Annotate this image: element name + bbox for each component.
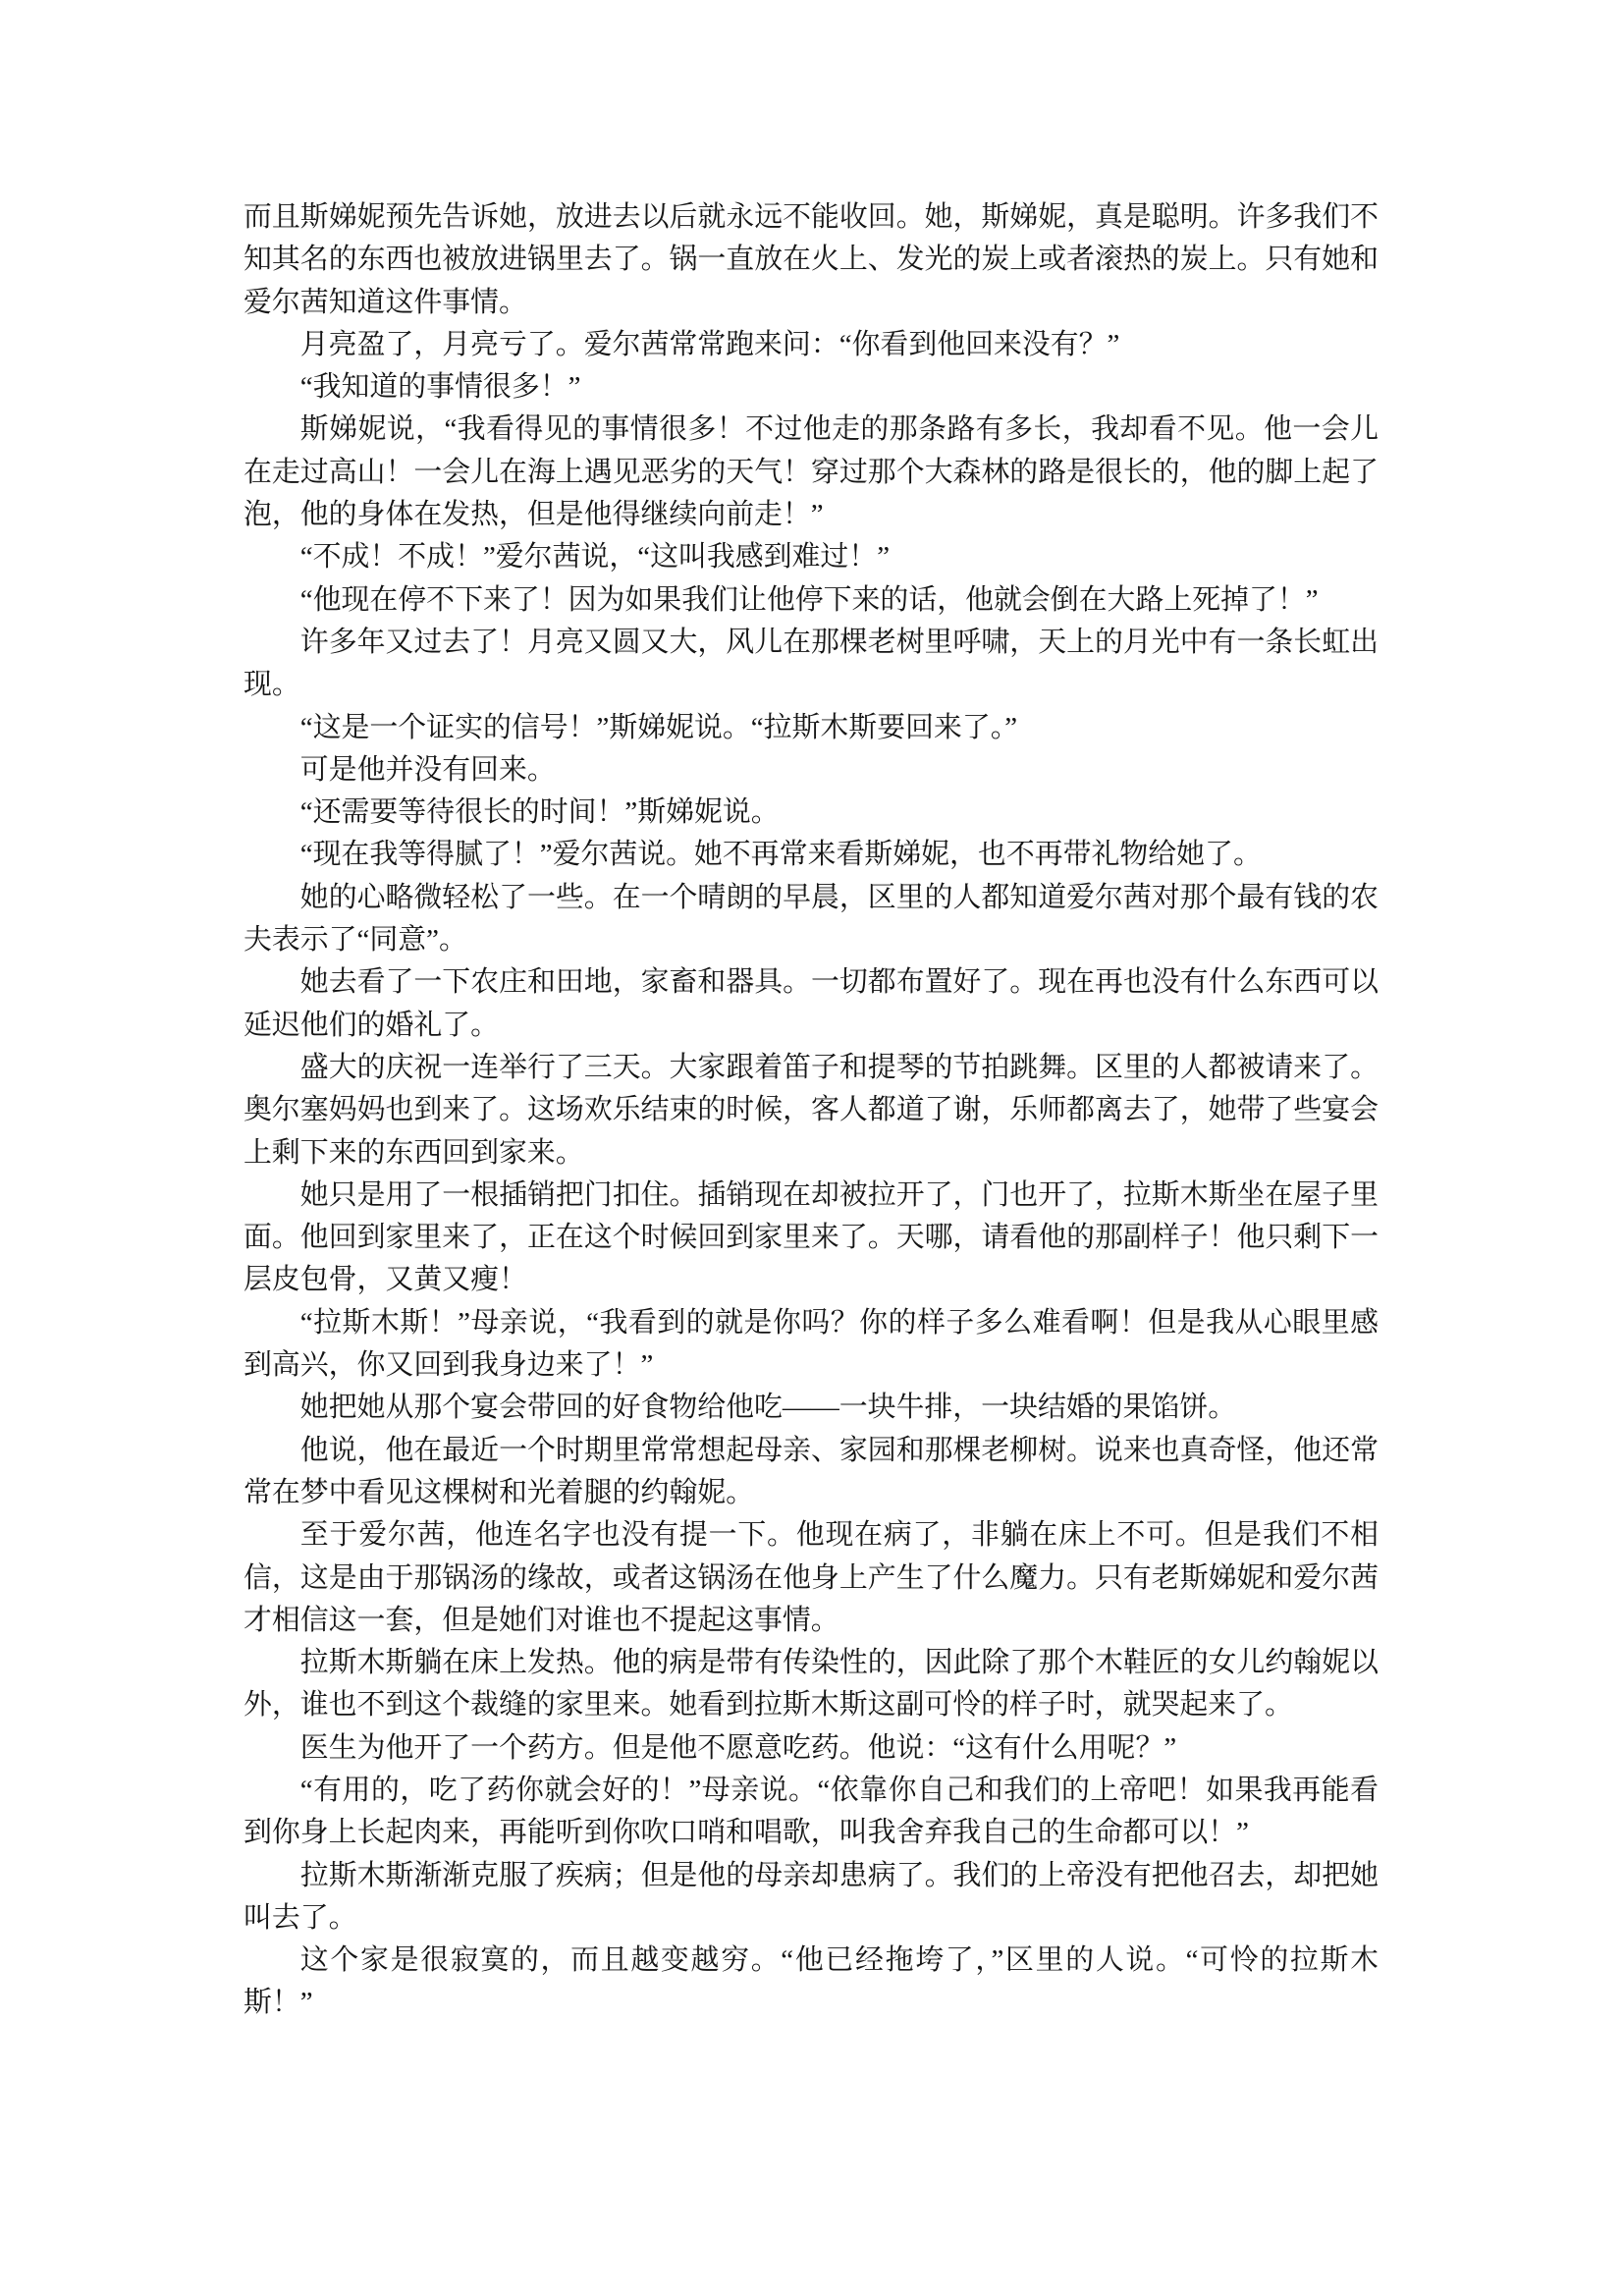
text-block: 而且斯娣妮预先告诉她，放进去以后就永远不能收回。她，斯娣妮，真是聪明。许多我们不… (243, 196, 1379, 2025)
paragraph: 她把她从那个宴会带回的好食物给他吃——一块牛排，一块结婚的果馅饼。 (243, 1387, 1379, 1429)
paragraph: “有用的，吃了药你就会好的！”母亲说。“依靠你自己和我们的上帝吧！如果我再能看到… (243, 1770, 1379, 1855)
paragraph: 斯娣妮说，“我看得见的事情很多！不过他走的那条路有多长，我却看不见。他一会儿在走… (243, 409, 1379, 536)
paragraph: “我知道的事情很多！” (243, 366, 1379, 409)
paragraph: 而且斯娣妮预先告诉她，放进去以后就永远不能收回。她，斯娣妮，真是聪明。许多我们不… (243, 196, 1379, 324)
paragraph: 她去看了一下农庄和田地，家畜和器具。一切都布置好了。现在再也没有什么东西可以延迟… (243, 961, 1379, 1047)
paragraph: 盛大的庆祝一连举行了三天。大家跟着笛子和提琴的节拍跳舞。区里的人都被请来了。奥尔… (243, 1047, 1379, 1175)
paragraph: 这个家是很寂寞的，而且越变越穷。“他已经拖垮了，”区里的人说。“可怜的拉斯木斯！… (243, 1940, 1379, 2025)
paragraph: 他说，他在最近一个时期里常常想起母亲、家园和那棵老柳树。说来也真奇怪，他还常常在… (243, 1430, 1379, 1515)
paragraph: “现在我等得腻了！”爱尔茜说。她不再常来看斯娣妮，也不再带礼物给她了。 (243, 834, 1379, 876)
paragraph: 至于爱尔茜，他连名字也没有提一下。他现在病了，非躺在床上不可。但是我们不相信，这… (243, 1514, 1379, 1642)
paragraph: “还需要等待很长的时间！”斯娣妮说。 (243, 792, 1379, 834)
paragraph: “拉斯木斯！”母亲说，“我看到的就是你吗？你的样子多么难看啊！但是我从心眼里感到… (243, 1302, 1379, 1388)
paragraph: 她的心略微轻松了一些。在一个晴朗的早晨，区里的人都知道爱尔茜对那个最有钱的农夫表… (243, 877, 1379, 962)
paragraph: 可是他并没有回来。 (243, 749, 1379, 792)
paragraph: 医生为他开了一个药方。但是他不愿意吃药。他说：“这有什么用呢？” (243, 1727, 1379, 1770)
paragraph: 拉斯木斯渐渐克服了疾病；但是他的母亲却患病了。我们的上帝没有把他召去，却把她叫去… (243, 1855, 1379, 1941)
paragraph: 月亮盈了，月亮亏了。爱尔茜常常跑来问：“你看到他回来没有？” (243, 324, 1379, 366)
paragraph: 拉斯木斯躺在床上发热。他的病是带有传染性的，因此除了那个木鞋匠的女儿约翰妮以外，… (243, 1642, 1379, 1727)
paragraph: “这是一个证实的信号！”斯娣妮说。“拉斯木斯要回来了。” (243, 707, 1379, 749)
paragraph: 许多年又过去了！月亮又圆又大，风儿在那棵老树里呼啸，天上的月光中有一条长虹出现。 (243, 622, 1379, 707)
document-page: 而且斯娣妮预先告诉她，放进去以后就永远不能收回。她，斯娣妮，真是聪明。许多我们不… (0, 0, 1623, 2296)
paragraph: “不成！不成！”爱尔茜说，“这叫我感到难过！” (243, 536, 1379, 578)
paragraph: 她只是用了一根插销把门扣住。插销现在却被拉开了，门也开了，拉斯木斯坐在屋子里面。… (243, 1175, 1379, 1302)
paragraph: “他现在停不下来了！因为如果我们让他停下来的话，他就会倒在大路上死掉了！” (243, 579, 1379, 622)
